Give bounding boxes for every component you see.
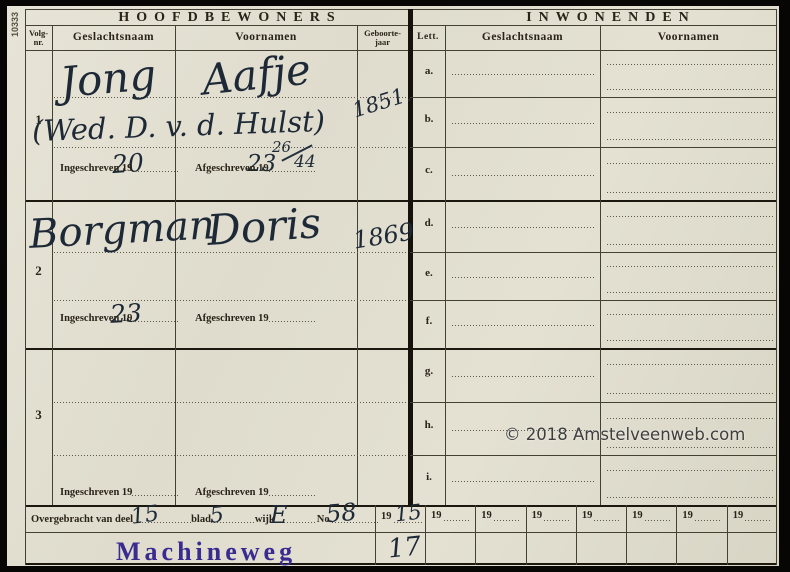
inwonenden-firstnames-blank-1 xyxy=(607,470,775,471)
inwonenden-firstnames-blank-2 xyxy=(607,447,775,448)
volgnr-column-line xyxy=(52,25,53,505)
inwonenden-firstnames-blank-2 xyxy=(607,497,775,498)
year-cell-prefix: 19 xyxy=(532,510,543,521)
year-cells-row: 19191919191919 xyxy=(425,505,777,565)
inwonenden-row-letter: b. xyxy=(413,113,445,125)
inwonenden-firstnames-blank-1 xyxy=(607,163,775,164)
inwonenden-firstnames-blank-2 xyxy=(607,139,775,140)
row1-afgeschreven-label: Afgeschreven 19 xyxy=(195,163,315,174)
inwonenden-firstnames-blank-1 xyxy=(607,364,775,365)
right-firstnames-column-header: Voornamen xyxy=(600,31,777,43)
inwonenden-surname-blank xyxy=(452,175,595,176)
year-cell: 19 xyxy=(576,505,626,565)
year-cell: 19 xyxy=(425,505,475,565)
row2-number: 2 xyxy=(25,263,52,279)
row1-firstnames-handwriting: Aafje xyxy=(200,48,313,101)
row3-afgeschreven-label: Afgeschreven 19 xyxy=(195,487,315,498)
form-right-border xyxy=(776,9,777,565)
row2-surname-handwriting: Borgman xyxy=(28,205,216,255)
afgeschreven-text: Afgeschreven 19 xyxy=(195,313,269,324)
volgnr-header-line2: nr. xyxy=(34,37,44,47)
year-cell-blank xyxy=(544,520,570,521)
inwonenden-row-separator xyxy=(410,300,777,301)
inwonenden-firstnames-blank-1 xyxy=(607,314,775,315)
row1-surname-handwriting: Jong xyxy=(58,54,157,104)
row2-afgeschreven-label: Afgeschreven 19 xyxy=(195,313,315,324)
inwonenden-firstnames-blank-2 xyxy=(607,192,775,193)
form-left-border xyxy=(25,9,26,565)
inwonenden-surname-blank xyxy=(452,481,595,482)
volgnr-column-header: Volg- nr. xyxy=(25,29,52,47)
street-stamp: Machineweg xyxy=(116,537,296,567)
inwonenden-firstnames-blank-2 xyxy=(607,292,775,293)
year-cell: 19 xyxy=(727,505,777,565)
row1-row2-divider xyxy=(25,200,777,202)
row1-afgeschreven-extra-top: 26 xyxy=(272,138,291,156)
row2-ingeschreven-label: Ingeschreven 19 xyxy=(60,313,178,324)
ingeschreven-text: Ingeschreven 19 xyxy=(60,313,132,324)
inwonenden-firstnames-blank-2 xyxy=(607,340,775,341)
birthyear-header-line2: jaar xyxy=(375,37,390,47)
inwonenden-row-separator xyxy=(410,455,777,456)
inwonenden-row-letter: c. xyxy=(413,164,445,176)
row2-firstnames-handwriting: Doris xyxy=(206,202,323,252)
inwonenden-surname-blank xyxy=(452,74,595,75)
year-cell-prefix: 19 xyxy=(682,510,693,521)
afgeschreven-text: Afgeschreven 19 xyxy=(195,163,269,174)
row2-dotted-line-2 xyxy=(54,300,407,301)
year-cell: 19 xyxy=(475,505,525,565)
dotted-blank xyxy=(132,321,178,322)
year-cell: 19 xyxy=(676,505,726,565)
dotted-blank xyxy=(132,171,178,172)
row1-ingeschreven-label: Ingeschreven 19 xyxy=(60,163,178,174)
year-cell-prefix: 19 xyxy=(733,510,744,521)
register-card-scan: 10333 HOOFDBEWONERS INWONENDEN Volg- nr.… xyxy=(0,0,790,572)
inwonenden-row-letter: a. xyxy=(413,65,445,77)
row3-dotted-line-2 xyxy=(54,455,407,456)
inwonenden-row-letter: e. xyxy=(413,267,445,279)
year-cell: 19 xyxy=(526,505,576,565)
inwonenden-row-letter: h. xyxy=(413,419,445,431)
year-first-value-handwriting: 15 xyxy=(394,502,423,526)
inwonenden-firstnames-blank-1 xyxy=(607,112,775,113)
no-value-handwriting: 58 xyxy=(325,500,358,527)
inwonenden-firstnames-blank-1 xyxy=(607,266,775,267)
year-first-prefix: 19 xyxy=(381,511,392,522)
inwonenden-firstnames-blank-1 xyxy=(607,418,775,419)
birthyear-column-header: Geboorte- jaar xyxy=(357,29,408,47)
right-surname-column-header: Geslachtsnaam xyxy=(445,31,600,43)
serial-number: 10333 xyxy=(10,12,20,37)
dotted-blank xyxy=(132,495,178,496)
row3-dotted-line-1 xyxy=(54,402,407,403)
inwonenden-firstnames-blank-1 xyxy=(607,216,775,217)
row3-ingeschreven-label: Ingeschreven 19 xyxy=(60,487,178,498)
year-cell-blank xyxy=(745,520,771,521)
overgebracht-label: Overgebracht van deel xyxy=(31,514,133,525)
row1-dotted-line-2 xyxy=(54,147,407,148)
year-cell-blank xyxy=(494,520,520,521)
inwonenden-firstnames-blank-1 xyxy=(607,64,775,65)
inwonenden-surname-blank xyxy=(452,325,595,326)
year-cell-blank xyxy=(645,520,671,521)
inwonenden-row-separator xyxy=(410,147,777,148)
dotted-blank xyxy=(269,171,315,172)
ingeschreven-text: Ingeschreven 19 xyxy=(60,163,132,174)
year-cell-blank xyxy=(444,520,470,521)
left-surname-column-header: Geslachtsnaam xyxy=(52,31,175,43)
year-cell-blank xyxy=(594,520,620,521)
inwonenden-surname-blank xyxy=(452,123,595,124)
inwonenden-row-separator xyxy=(410,97,777,98)
year-cell-prefix: 19 xyxy=(481,510,492,521)
deel-value-handwriting: 15 xyxy=(130,503,161,529)
lett-column-header: Lett. xyxy=(411,32,445,42)
row2-row3-divider xyxy=(25,348,777,350)
row1-afgeschreven-extra-handwriting: 26 44 xyxy=(272,140,291,155)
inwonenden-surname-blank xyxy=(452,376,595,377)
inwonenden-row-letter: i. xyxy=(413,471,445,483)
inwonenden-row-separator xyxy=(410,252,777,253)
inwonenden-firstnames-blank-2 xyxy=(607,89,775,90)
inwonenden-row-letter: g. xyxy=(413,365,445,377)
year-first-below-handwriting: 17 xyxy=(387,533,423,562)
afgeschreven-text: Afgeschreven 19 xyxy=(195,487,269,498)
ingeschreven-text: Ingeschreven 19 xyxy=(60,487,132,498)
copyright-watermark: © 2018 Amstelveenweb.com xyxy=(504,425,745,444)
dotted-blank xyxy=(269,321,315,322)
year-cell-prefix: 19 xyxy=(632,510,643,521)
blad-label: blad xyxy=(191,514,211,525)
inwonenden-row-separator xyxy=(410,402,777,403)
year-cell-prefix: 19 xyxy=(582,510,593,521)
inwonenden-row-letter: d. xyxy=(413,217,445,229)
year-first-cell-left-line xyxy=(375,505,376,565)
left-firstnames-column-header: Voornamen xyxy=(175,31,357,43)
year-cell-prefix: 19 xyxy=(431,510,442,521)
left-section-title: HOOFDBEWONERS xyxy=(52,10,408,26)
wijk-value-handwriting: E xyxy=(270,503,288,527)
right-section-title: INWONENDEN xyxy=(445,10,777,26)
year-cell: 19 xyxy=(626,505,676,565)
year-cell-blank xyxy=(695,520,721,521)
blad-value-handwriting: 5 xyxy=(209,504,225,527)
inwonenden-surname-blank xyxy=(452,277,595,278)
inwonenden-row-letter: f. xyxy=(413,315,445,327)
inwonenden-surname-blank xyxy=(452,227,595,228)
inwonenden-firstnames-blank-2 xyxy=(607,393,775,394)
inwonenden-firstnames-blank-2 xyxy=(607,244,775,245)
row3-number: 3 xyxy=(25,407,52,423)
dotted-blank xyxy=(269,495,315,496)
